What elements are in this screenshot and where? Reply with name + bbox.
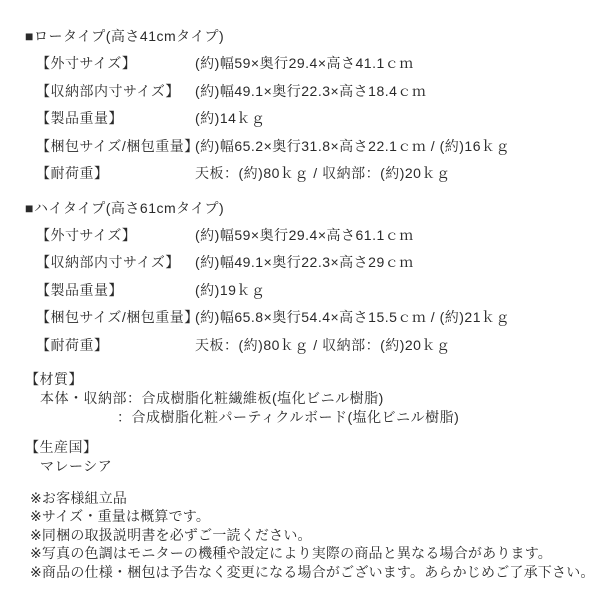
material-line: 本体・収納部：合成樹脂化粧繊維板(塩化ビニル樹脂): [40, 389, 586, 408]
spec-label: 【梱包サイズ/梱包重量】: [36, 133, 195, 161]
note-line: ※サイズ・重量は概算です。: [30, 507, 586, 526]
spec-row-package: 【梱包サイズ/梱包重量】 (約)幅65.8×奥行54.4×高さ15.5ｃｍ / …: [36, 304, 586, 332]
spec-row-product-weight: 【製品重量】 (約)19ｋｇ: [36, 277, 586, 305]
notes-block: ※お客様組立品 ※サイズ・重量は概算です。 ※同梱の取扱説明書を必ずご一読くださ…: [25, 489, 586, 582]
spec-rows-high-type: 【外寸サイズ】 (約)幅59×奥行29.4×高さ61.1ｃｍ 【収納部内寸サイズ…: [25, 222, 586, 360]
spec-value: (約)幅49.1×奥行22.3×高さ29ｃｍ: [195, 249, 414, 277]
country-block: 【生産国】 マレーシア: [25, 437, 586, 476]
spec-sheet: ■ロータイプ(高さ41cmタイプ) 【外寸サイズ】 (約)幅59×奥行29.4×…: [0, 0, 600, 581]
spec-row-inner-size: 【収納部内寸サイズ】 (約)幅49.1×奥行22.3×高さ29ｃｍ: [36, 249, 586, 277]
spec-row-load-capacity: 【耐荷重】 天板：(約)80ｋｇ / 収納部：(約)20ｋｇ: [36, 160, 586, 188]
section-low-type: ■ロータイプ(高さ41cmタイプ) 【外寸サイズ】 (約)幅59×奥行29.4×…: [25, 26, 586, 188]
spec-row-package: 【梱包サイズ/梱包重量】 (約)幅65.2×奥行31.8×高さ22.1ｃｍ / …: [36, 133, 586, 161]
material-line: ：合成樹脂化粧パーティクルボード(塩化ビニル樹脂): [117, 408, 586, 427]
spec-label: 【梱包サイズ/梱包重量】: [36, 304, 195, 332]
spec-value: (約)幅49.1×奥行22.3×高さ18.4ｃｍ: [195, 78, 426, 106]
spec-row-product-weight: 【製品重量】 (約)14ｋｇ: [36, 105, 586, 133]
spec-value: (約)19ｋｇ: [195, 277, 265, 305]
country-heading: 【生産国】: [25, 437, 586, 457]
spec-row-load-capacity: 【耐荷重】 天板：(約)80ｋｇ / 収納部：(約)20ｋｇ: [36, 332, 586, 360]
spec-rows-low-type: 【外寸サイズ】 (約)幅59×奥行29.4×高さ41.1ｃｍ 【収納部内寸サイズ…: [25, 50, 586, 188]
note-line: ※同梱の取扱説明書を必ずご一読ください。: [30, 526, 586, 545]
note-line: ※お客様組立品: [30, 489, 586, 508]
country-value: マレーシア: [40, 457, 586, 476]
spec-row-outer-size: 【外寸サイズ】 (約)幅59×奥行29.4×高さ41.1ｃｍ: [36, 50, 586, 78]
note-line: ※写真の色調はモニターの機種や設定により実際の商品と異なる場合があります。: [30, 544, 586, 563]
section-high-type: ■ハイタイプ(高さ61cmタイプ) 【外寸サイズ】 (約)幅59×奥行29.4×…: [25, 198, 586, 360]
material-block: 【材質】 本体・収納部：合成樹脂化粧繊維板(塩化ビニル樹脂) ：合成樹脂化粧パー…: [25, 369, 586, 426]
spec-value: (約)幅59×奥行29.4×高さ61.1ｃｍ: [195, 222, 414, 250]
note-line: ※商品の仕様・梱包は予告なく変更になる場合がございます。あらかじめご了承下さい。: [30, 563, 586, 582]
spec-label: 【製品重量】: [36, 277, 195, 305]
section-heading-low-type: ■ロータイプ(高さ41cmタイプ): [25, 26, 586, 46]
spec-value: (約)幅65.8×奥行54.4×高さ15.5ｃｍ / (約)21ｋｇ: [195, 304, 510, 332]
material-heading: 【材質】: [25, 369, 586, 389]
spec-label: 【外寸サイズ】: [36, 222, 195, 250]
spec-label: 【収納部内寸サイズ】: [36, 78, 195, 106]
section-heading-high-type: ■ハイタイプ(高さ61cmタイプ): [25, 198, 586, 218]
spec-value: 天板：(約)80ｋｇ / 収納部：(約)20ｋｇ: [195, 332, 450, 360]
spec-label: 【耐荷重】: [36, 160, 195, 188]
spec-label: 【製品重量】: [36, 105, 195, 133]
spec-value: (約)14ｋｇ: [195, 105, 265, 133]
spec-label: 【外寸サイズ】: [36, 50, 195, 78]
spec-value: (約)幅65.2×奥行31.8×高さ22.1ｃｍ / (約)16ｋｇ: [195, 133, 510, 161]
spec-row-outer-size: 【外寸サイズ】 (約)幅59×奥行29.4×高さ61.1ｃｍ: [36, 222, 586, 250]
spec-row-inner-size: 【収納部内寸サイズ】 (約)幅49.1×奥行22.3×高さ18.4ｃｍ: [36, 78, 586, 106]
spec-value: (約)幅59×奥行29.4×高さ41.1ｃｍ: [195, 50, 414, 78]
spec-label: 【耐荷重】: [36, 332, 195, 360]
spec-label: 【収納部内寸サイズ】: [36, 249, 195, 277]
spec-value: 天板：(約)80ｋｇ / 収納部：(約)20ｋｇ: [195, 160, 450, 188]
